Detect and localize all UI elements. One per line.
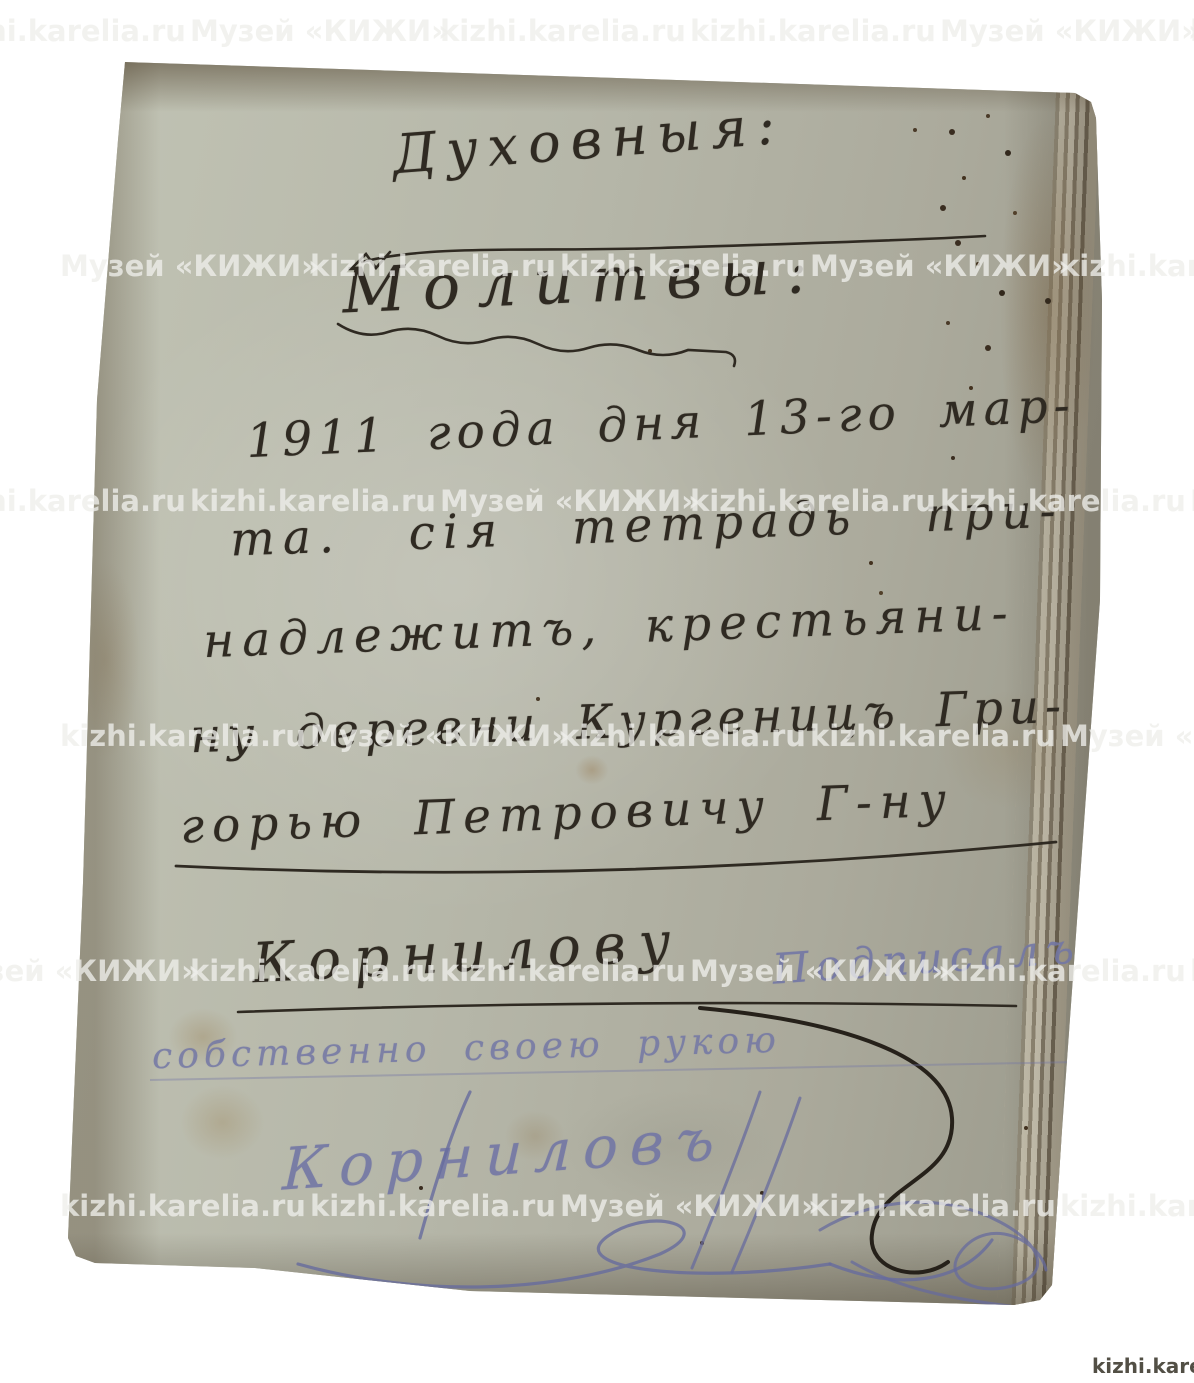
watermark-text: Музей «КИЖИ»: [940, 14, 1194, 48]
handwritten-title-2: Молитвы:: [341, 234, 826, 328]
violet-signature-left: Корниловъ: [281, 1104, 727, 1203]
paper-stain: [180, 1085, 265, 1160]
watermark-text: kizhi.karelia.ru: [1190, 14, 1194, 48]
handwritten-line-3: надлежитъ, крестьяни-: [202, 586, 1016, 669]
handwritten-line-1: 1911 года дня 13-го мар-: [245, 378, 1076, 469]
underline-surname: [238, 1003, 1016, 1012]
watermark-text: kizhi.karelia.ru: [690, 14, 936, 48]
violet-note-own-hand: собственно своею рукою: [152, 1020, 782, 1077]
handwritten-line-4: ну деревни Кургеницъ Гри-: [189, 679, 1068, 765]
manuscript-photo-scene: Духовныя: Молитвы: 1911 года дня 13-го м…: [0, 0, 1194, 1383]
notebook-cover: Духовныя: Молитвы: 1911 года дня 13-го м…: [0, 0, 1194, 1383]
violet-signature-right-flourish: [692, 1092, 1046, 1306]
handwritten-line-2: та. сія тетрадь при-: [229, 483, 1064, 567]
watermark-text: kizhi.karelia.ru: [0, 14, 186, 48]
watermark-text: Музей «КИЖИ»: [1190, 484, 1194, 518]
handwritten-title-1: Духовныя:: [390, 93, 787, 187]
watermark-text: kizhi.karelia.ru: [440, 14, 686, 48]
watermark-text: Музей «КИЖИ»: [190, 14, 450, 48]
paper-stain: [575, 755, 609, 785]
ink-speckles: [0, 0, 4, 4]
site-credit: kizhi.karelia.ru: [1092, 1354, 1194, 1378]
handwritten-line-5: горью Петровичу Г-ну: [179, 773, 955, 855]
watermark-text: kizhi.karelia.ru: [1190, 954, 1194, 988]
paper-stain: [70, 560, 140, 760]
underline-title-2: [338, 324, 735, 366]
watermark-text: kizhi.karelia.ru: [1060, 1189, 1194, 1223]
handwritten-surname: Корнилову: [251, 909, 685, 996]
